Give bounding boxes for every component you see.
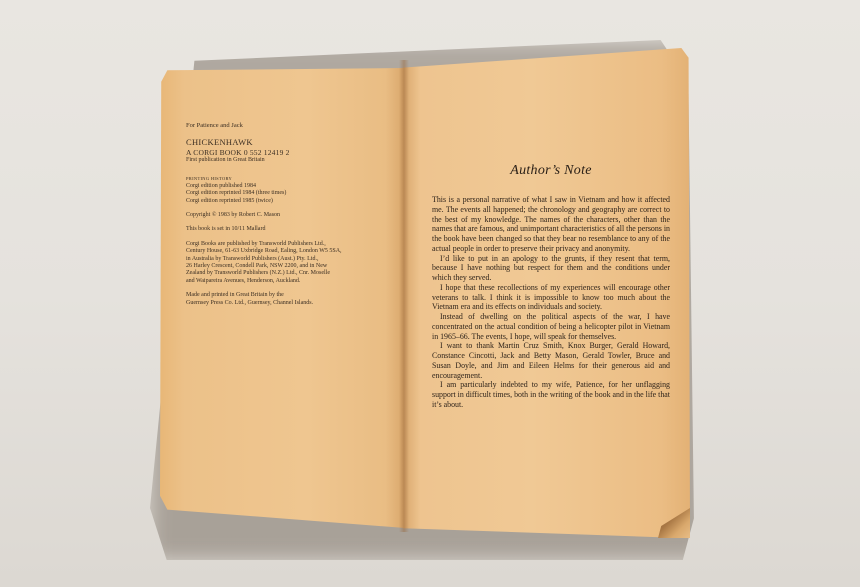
copyright-notice: Copyright © 1983 by Robert C. Mason xyxy=(186,212,386,219)
note-paragraph: I want to thank Martin Cruz Smith, Knox … xyxy=(432,341,670,380)
publisher-line: Century House, 61-63 Uxbridge Road, Eali… xyxy=(186,248,386,255)
publisher-line: and Waipareira Avenues, Henderson, Auckl… xyxy=(186,278,386,285)
printing-history-line: Corgi edition reprinted 1984 (three time… xyxy=(186,190,386,197)
publisher-line: in Australia by Transworld Publishers (A… xyxy=(186,256,386,263)
typeface-note: This book is set in 10/11 Mallard xyxy=(186,226,386,233)
authors-note: Author’s Note This is a personal narrati… xyxy=(432,163,670,410)
printer-line: Guernsey Press Co. Ltd., Guernsey, Chann… xyxy=(186,300,386,307)
publisher-line: Zealand by Transworld Publishers (N.Z.) … xyxy=(186,270,386,277)
first-publication: First publication in Great Britain xyxy=(186,157,386,164)
printing-history: PRINTING HISTORY Corgi edition published… xyxy=(186,175,386,205)
printer-info: Made and printed in Great Britain by the… xyxy=(186,292,386,307)
publisher-info: Corgi Books are published by Transworld … xyxy=(186,241,386,285)
dedication: For Patience and Jack xyxy=(186,122,386,129)
authors-note-heading: Author’s Note xyxy=(432,163,670,179)
printing-history-line: Corgi edition reprinted 1985 (twice) xyxy=(186,198,386,205)
printer-line: Made and printed in Great Britain by the xyxy=(186,292,386,299)
copyright-page-text: For Patience and Jack CHICKENHAWK A CORG… xyxy=(186,122,386,314)
note-paragraph: Instead of dwelling on the political asp… xyxy=(432,312,670,341)
note-paragraph: I am particularly indebted to my wife, P… xyxy=(432,380,670,409)
open-book: For Patience and Jack CHICKENHAWK A CORG… xyxy=(0,0,860,587)
note-paragraph: This is a personal narrative of what I s… xyxy=(432,195,670,254)
printing-history-heading: PRINTING HISTORY xyxy=(186,175,386,182)
printing-history-line: Corgi edition published 1984 xyxy=(186,183,386,190)
note-paragraph: I’d like to put in an apology to the gru… xyxy=(432,254,670,283)
note-paragraph: I hope that these recollections of my ex… xyxy=(432,283,670,312)
isbn-line: A CORGI BOOK 0 552 12419 2 xyxy=(186,148,386,157)
book-spine xyxy=(399,60,409,532)
publisher-line: Corgi Books are published by Transworld … xyxy=(186,241,386,248)
book-title: CHICKENHAWK xyxy=(186,138,386,148)
